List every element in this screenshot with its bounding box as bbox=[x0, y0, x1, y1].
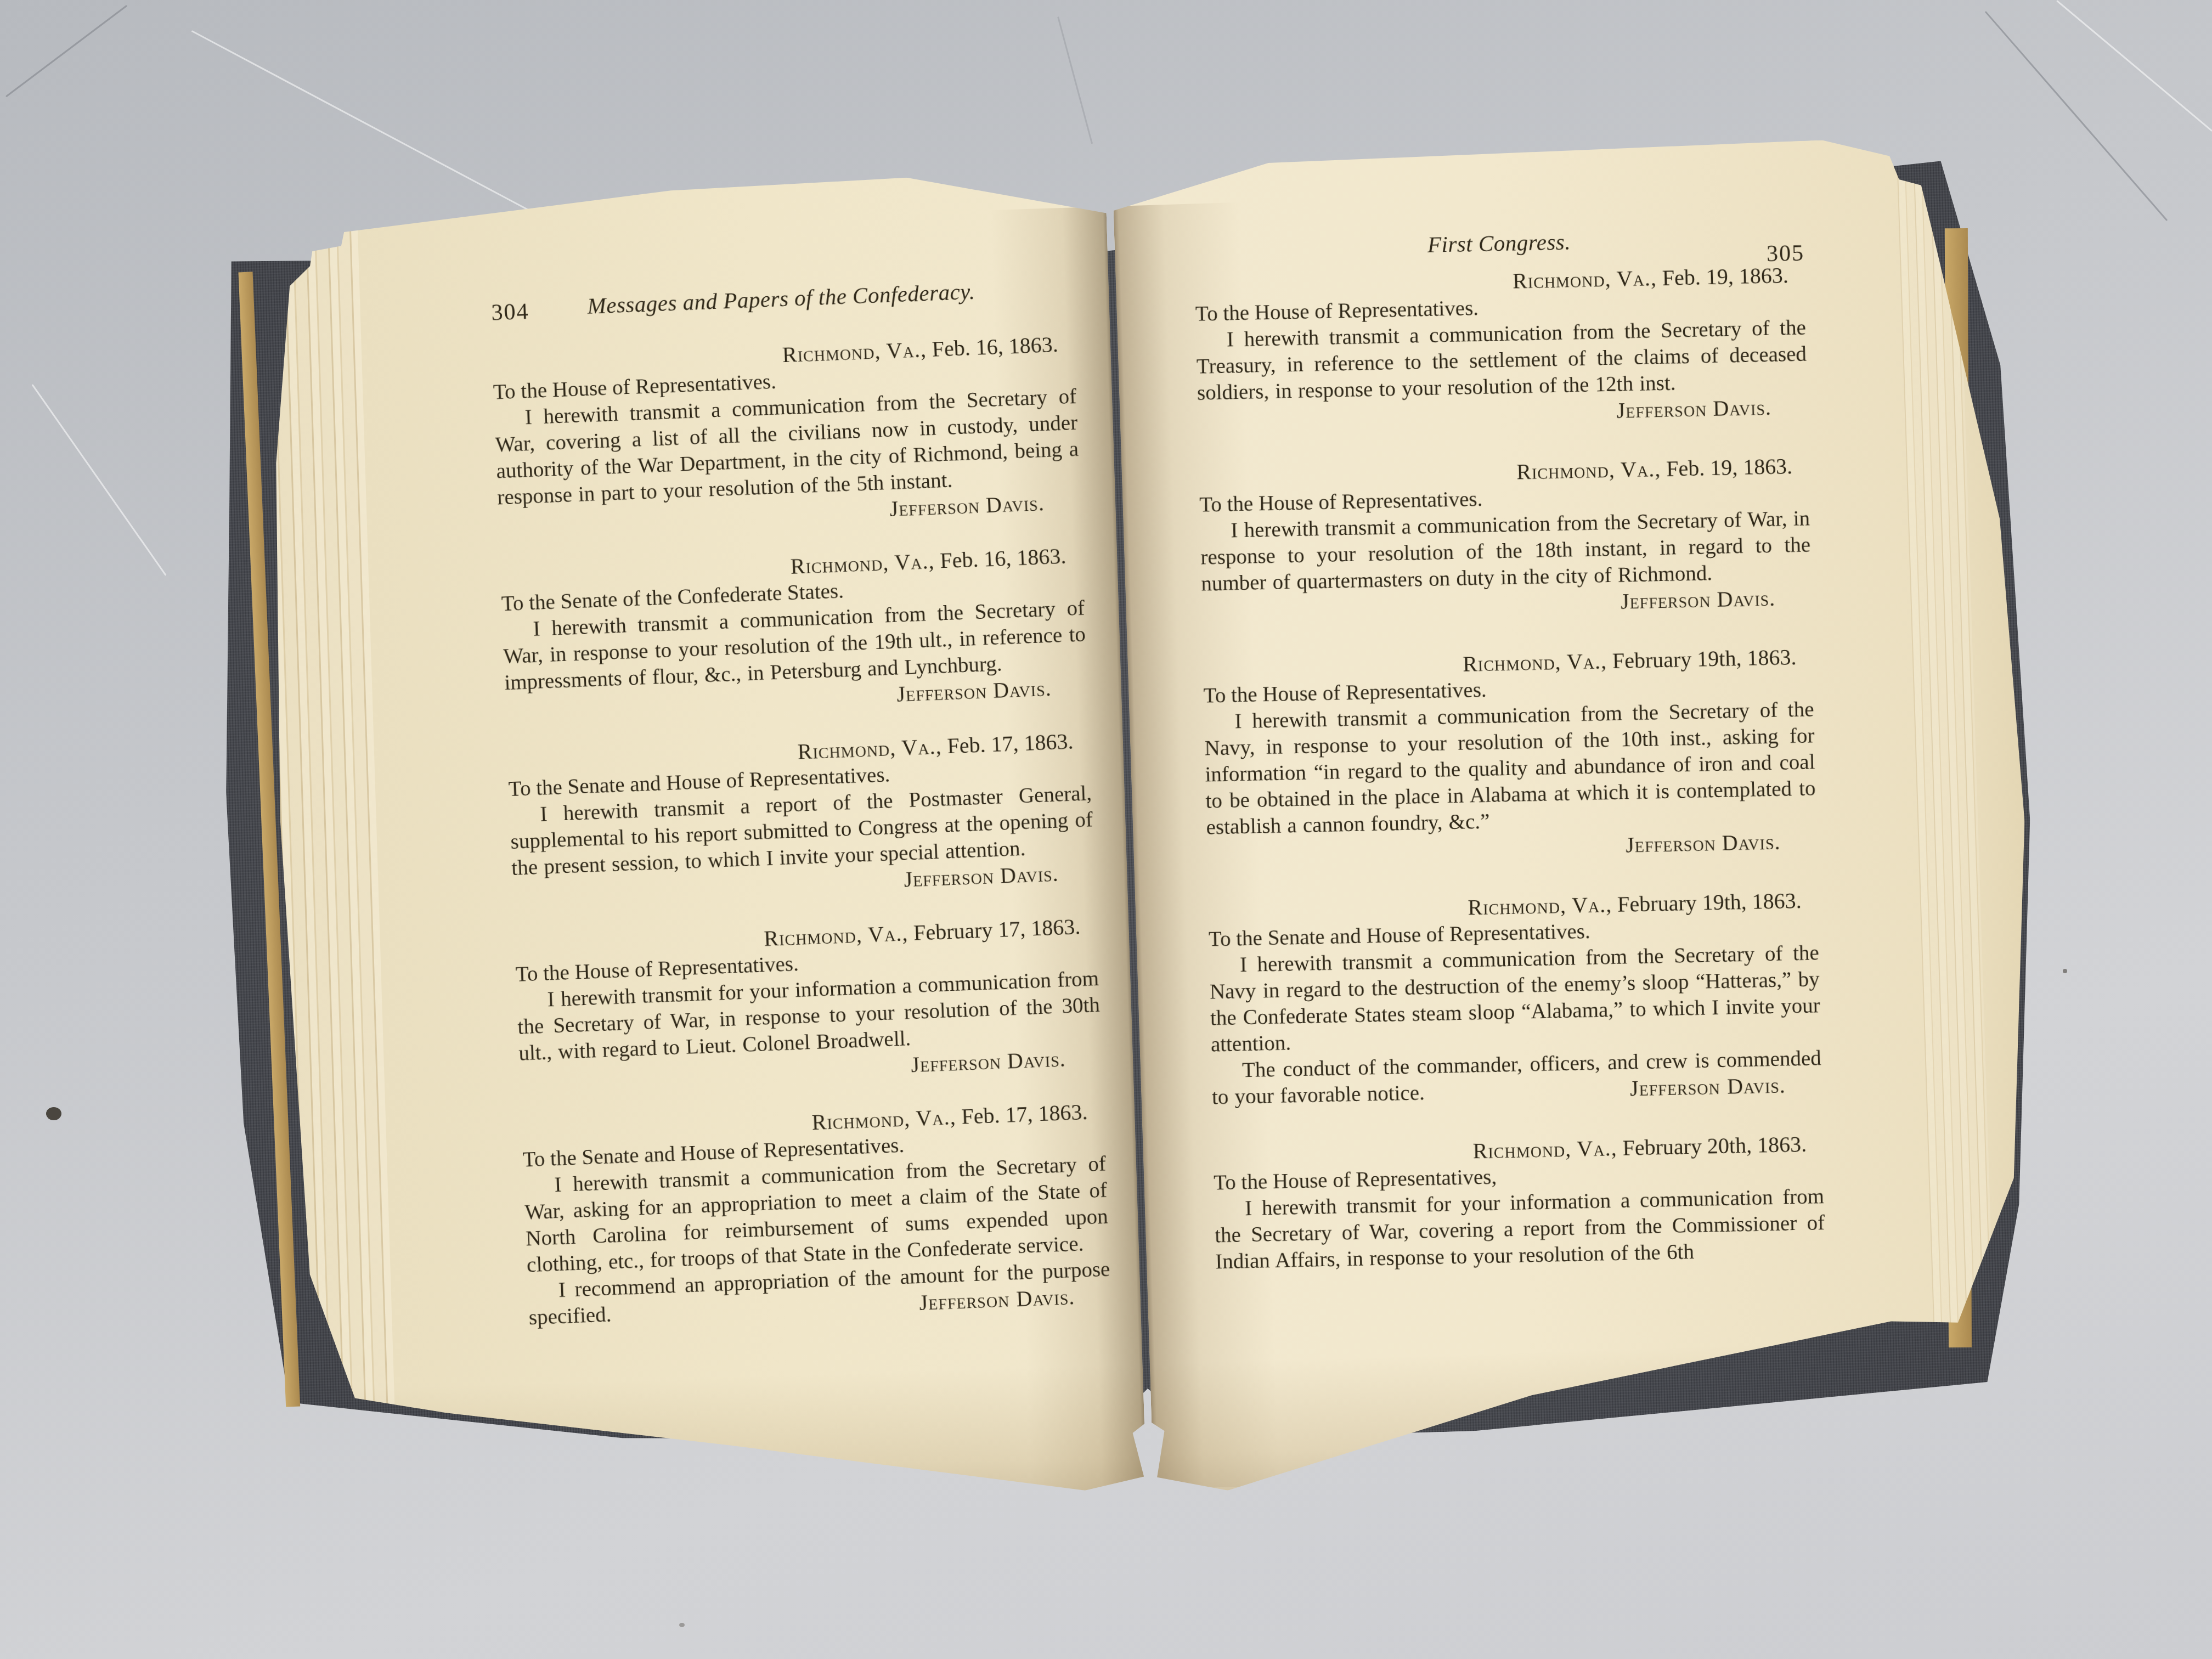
left-page-header: 304 Messages and Papers of the Confedera… bbox=[489, 274, 1073, 323]
left-page-entries: Richmond, Va., Feb. 16, 1863.To the Hous… bbox=[492, 331, 1111, 1331]
dateline-place: Richmond, Va., bbox=[797, 734, 942, 764]
right-page-text: First Congress. 305 Richmond, Va., Feb. … bbox=[1194, 223, 1825, 1275]
dateline-date: February 19th, 1863. bbox=[1612, 888, 1802, 917]
running-head: Messages and Papers of the Confederacy. bbox=[489, 274, 1073, 323]
dateline-date: February 19th, 1863. bbox=[1606, 645, 1796, 673]
dateline-date: Feb. 16, 1863. bbox=[934, 544, 1067, 573]
dateline-date: February 20th, 1863. bbox=[1617, 1132, 1807, 1160]
dust-speck bbox=[679, 1623, 685, 1627]
signature: Jefferson Davis. bbox=[919, 1282, 1111, 1316]
scratch-mark bbox=[2056, 0, 2212, 132]
letter-paragraph: I herewith transmit for your information… bbox=[1214, 1183, 1826, 1275]
letter-paragraph: I herewith transmit a communication from… bbox=[1200, 505, 1812, 597]
book: 304 Messages and Papers of the Confedera… bbox=[199, 133, 2084, 1523]
page-number: 305 bbox=[1766, 240, 1804, 267]
dateline-place: Richmond, Va., bbox=[811, 1104, 956, 1135]
letter-entry: Richmond, Va., February 19th, 1863.To th… bbox=[1207, 887, 1822, 1110]
dateline-place: Richmond, Va., bbox=[1463, 648, 1607, 676]
letter-entry: Richmond, Va., February 17, 1863.To the … bbox=[514, 913, 1102, 1093]
signature: Jefferson Davis. bbox=[1630, 1071, 1822, 1102]
dateline-date: Feb. 16, 1863. bbox=[926, 332, 1059, 362]
letter-entry: Richmond, Va., Feb. 17, 1863.To the Sena… bbox=[507, 727, 1095, 908]
dateline-place: Richmond, Va., bbox=[782, 337, 927, 367]
scratch-mark bbox=[5, 5, 127, 97]
dateline-date: Feb. 19, 1863. bbox=[1661, 454, 1793, 481]
letter-entry: Richmond, Va., February 19th, 1863.To th… bbox=[1203, 644, 1817, 867]
letter-entry: Richmond, Va., Feb. 19, 1863.To the Hous… bbox=[1199, 453, 1812, 623]
running-head: First Congress. bbox=[1194, 223, 1804, 262]
dateline-date: Feb. 17, 1863. bbox=[956, 1099, 1088, 1129]
letter-paragraph: I herewith transmit a communication from… bbox=[1204, 696, 1816, 840]
letter-paragraph: I herewith transmit a communication from… bbox=[1196, 314, 1808, 406]
letter-entry: Richmond, Va., Feb. 16, 1863.To the Hous… bbox=[492, 331, 1081, 538]
page-number: 304 bbox=[491, 298, 530, 326]
dateline-place: Richmond, Va., bbox=[1516, 456, 1661, 484]
dateline-date: February 17, 1863. bbox=[907, 914, 1081, 945]
dateline-place: Richmond, Va., bbox=[790, 549, 935, 579]
right-page-entries: Richmond, Va., Feb. 19, 1863.To the Hous… bbox=[1195, 262, 1826, 1275]
letter-entry: Richmond, Va., Feb. 17, 1863.To the Sena… bbox=[521, 1098, 1111, 1331]
letter-paragraph: I herewith transmit a communication from… bbox=[1209, 940, 1821, 1058]
photo-of-open-book: { "scene": { "surface_color": "#c6c8cc",… bbox=[0, 0, 2212, 1659]
letter-entry: Richmond, Va., February 20th, 1863.To th… bbox=[1213, 1131, 1826, 1275]
scratch-mark bbox=[32, 384, 167, 576]
letter-entry: Richmond, Va., Feb. 19, 1863.To the Hous… bbox=[1195, 262, 1808, 432]
right-page-header: First Congress. 305 bbox=[1194, 223, 1804, 262]
scratch-mark bbox=[1057, 16, 1093, 144]
dust-speck bbox=[46, 1107, 61, 1120]
letter-entry: Richmond, Va., Feb. 16, 1863.To the Sena… bbox=[500, 542, 1088, 723]
dateline-place: Richmond, Va., bbox=[1472, 1136, 1617, 1163]
left-page-text: 304 Messages and Papers of the Confedera… bbox=[489, 274, 1111, 1331]
dateline-place: Richmond, Va., bbox=[1468, 892, 1612, 919]
dateline-place: Richmond, Va., bbox=[764, 921, 909, 951]
dateline-place: Richmond, Va., bbox=[1513, 266, 1657, 293]
dateline-date: Feb. 17, 1863. bbox=[941, 729, 1074, 758]
